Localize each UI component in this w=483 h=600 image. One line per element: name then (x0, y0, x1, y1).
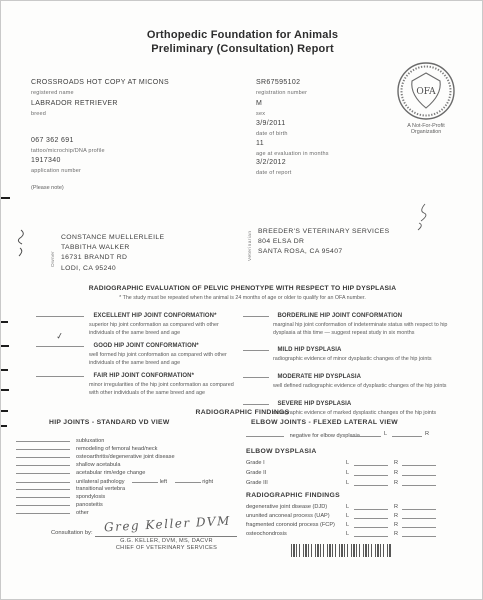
hip-item-label: remodeling of femoral head/neck (76, 446, 157, 452)
fill-in-line (354, 522, 388, 528)
signature-line (95, 527, 237, 537)
fill-in-line (16, 501, 70, 506)
hip-finding-row: subluxation (16, 437, 251, 444)
fill-in-line (354, 504, 388, 510)
handwritten-scribble (391, 201, 431, 233)
fill-in-line (402, 531, 436, 537)
scan-mark (1, 197, 10, 199)
hip-item-label: panosteitis (76, 502, 103, 508)
breed-value: LABRADOR RETRIEVER (31, 100, 118, 107)
scan-mark (1, 410, 8, 412)
sex-value: M (256, 100, 262, 107)
option-fair-title: FAIR HIP JOINT CONFORMATION* (93, 373, 194, 379)
field-breed: LABRADOR RETRIEVER breed (31, 92, 118, 117)
right-letter: R (394, 470, 398, 476)
hip-item-label: shallow acetabula (76, 462, 120, 468)
fill-in-line (392, 431, 422, 437)
evaluation-heading: RADIOGRAPHIC EVALUATION OF PELVIC PHENOT… (1, 285, 483, 292)
findings-heading: RADIOGRAPHIC FINDINGS (1, 409, 483, 416)
option-good: ✓ GOOD HIP JOINT CONFORMATION* well form… (36, 334, 241, 367)
hip-finding-row: spondylosis (16, 493, 251, 500)
fill-in-line (16, 493, 70, 498)
owner-line-4: LODI, CA 95240 (61, 264, 164, 274)
scanned-report-page: Orthopedic Foundation for Animals Prelim… (0, 0, 483, 600)
hip-finding-row: panosteitis (16, 501, 251, 508)
consultant-name: G.G. KELLER, DVM, MS, DACVR (89, 538, 244, 544)
fill-in-line (243, 311, 269, 317)
veterinarian-line-2: 804 ELSA DR (258, 237, 390, 247)
hip-finding-row: remodeling of femoral head/neck (16, 445, 251, 452)
fill-in-line (16, 461, 70, 466)
right-letter: R (394, 480, 398, 486)
left-letter: L (346, 470, 349, 476)
left-letter: L (346, 480, 349, 486)
right-letter: R (394, 531, 398, 537)
ofa-seal-icon: OFA (396, 61, 456, 121)
option-moderate-desc: well defined radiographic evidence of dy… (273, 383, 448, 391)
option-borderline: BORDERLINE HIP JOINT CONFORMATION margin… (243, 304, 468, 337)
fill-in-line (16, 469, 70, 474)
fill-in-line (243, 345, 269, 351)
fill-in-line (243, 372, 269, 378)
grade-label: Grade II (246, 470, 266, 476)
application-number-label: application number (31, 168, 81, 174)
fill-in-line (351, 431, 381, 437)
option-borderline-title: BORDERLINE HIP JOINT CONFORMATION (277, 313, 402, 319)
option-excellent-title: EXCELLENT HIP JOINT CONFORMATION* (93, 313, 216, 319)
fill-in-line (246, 431, 284, 437)
please-note-text: (Please note) (31, 185, 64, 191)
fill-in-line (36, 371, 84, 377)
option-fair: FAIR HIP JOINT CONFORMATION* minor irreg… (36, 364, 241, 397)
owner-vertical-label: Owner (51, 251, 56, 267)
consultation-block: Greg Keller DVM Consultation by: G.G. KE… (39, 521, 249, 553)
fill-in-line (16, 445, 70, 450)
seal-caption-line2: Organization (394, 129, 458, 135)
fill-in-line (16, 485, 70, 490)
registration-number-value: SR67595102 (256, 79, 300, 86)
option-good-title: GOOD HIP JOINT CONFORMATION* (93, 343, 198, 349)
option-severe-title: SEVERE HIP DYSPLASIA (277, 401, 351, 407)
fill-in-line (402, 460, 436, 466)
elbow-finding-row: ununited anconeal process (UAP) L R (246, 513, 476, 522)
option-mild-title: MILD HIP DYSPLASIA (277, 347, 341, 353)
right-letter: R (394, 504, 398, 510)
consultation-by-label: Consultation by: (51, 530, 93, 536)
elbow-item-label: fragmented coronoid process (FCP) (246, 522, 335, 528)
fill-in-line (354, 531, 388, 537)
left-letter: L (384, 431, 387, 437)
fill-in-line (16, 437, 70, 442)
fill-in-line (402, 470, 436, 476)
owner-line-3: 16731 BRANDT RD (61, 253, 164, 263)
breed-label: breed (31, 111, 118, 117)
grade-label: Grade I (246, 460, 265, 466)
scan-mark (1, 389, 9, 391)
left-letter: L (346, 531, 349, 537)
registered-name-value: CROSSROADS HOT COPY AT MICONS (31, 79, 169, 86)
option-moderate-title: MODERATE HIP DYSPLASIA (277, 374, 361, 380)
ofa-seal: OFA A Not-For-Profit Organization (394, 61, 458, 135)
tattoo-value: 067 362 691 (31, 137, 74, 144)
hip-finding-row: shallow acetabula (16, 461, 251, 468)
fill-in-line (175, 477, 201, 483)
fill-in-line (16, 509, 70, 514)
fill-in-line (402, 522, 436, 528)
left-letter: L (346, 504, 349, 510)
right-letter: R (394, 460, 398, 466)
left-letter: L (346, 522, 349, 528)
option-mild-desc: radiographic evidence of minor dysplasti… (273, 356, 448, 364)
fill-in-line (402, 480, 436, 486)
veterinarian-line-1: BREEDER'S VETERINARY SERVICES (258, 227, 390, 237)
elbow-item-label: ununited anconeal process (UAP) (246, 513, 330, 519)
report-title-line1: Orthopedic Foundation for Animals (1, 29, 483, 41)
hip-item-label: spondylosis (76, 494, 105, 500)
elbow-item-label: osteochondrosis (246, 531, 287, 537)
date-of-report-value: 3/2/2012 (256, 159, 286, 166)
date-of-birth-value: 3/9/2011 (256, 120, 286, 127)
hip-item-label: acetabular rim/edge change (76, 470, 145, 476)
fill-in-line (402, 513, 436, 519)
elbow-grade-row: Grade III L R (246, 480, 476, 489)
report-title-line2: Preliminary (Consultation) Report (1, 43, 483, 55)
hip-item-label: subluxation (76, 438, 104, 444)
fill-in-line (354, 480, 388, 486)
elbow-grade-row: Grade I L R (246, 460, 476, 469)
left-letter: L (346, 513, 349, 519)
date-of-report-label: date of report (256, 170, 292, 176)
evaluation-note: * The study must be repeated when the an… (1, 295, 483, 301)
svg-text:OFA: OFA (416, 87, 436, 97)
owner-line-1: CONSTANCE MUELLERLEILE (61, 233, 164, 243)
elbow-finding-row: degenerative joint disease (DJD) L R (246, 504, 476, 513)
hip-item-label: osteoarthritis/degenerative joint diseas… (76, 454, 175, 460)
grade-label: Grade III (246, 480, 268, 486)
elbow-negative-row: negative for elbow dysplasia L R (246, 431, 476, 440)
owner-line-2: TABBITHA WALKER (61, 243, 164, 253)
consultant-title: CHIEF OF VETERINARY SERVICES (89, 545, 244, 551)
right-letter: R (394, 513, 398, 519)
elbow-grade-row: Grade II L R (246, 470, 476, 479)
elbow-item-label: degenerative joint disease (DJD) (246, 504, 327, 510)
hip-finding-row-unilateral: unilateral pathology left right (16, 477, 251, 485)
fill-in-line (354, 470, 388, 476)
elbow-joints-heading: ELBOW JOINTS - FLEXED LATERAL VIEW (251, 419, 398, 426)
right-letter: R (394, 522, 398, 528)
field-date-of-report: 3/2/2012 date of report (256, 151, 292, 176)
fill-in-line (36, 311, 84, 317)
veterinarian-vertical-label: Veterinarian (248, 231, 253, 261)
option-excellent: EXCELLENT HIP JOINT CONFORMATION* superi… (36, 304, 241, 337)
option-borderline-desc: marginal hip joint conformation of indet… (273, 322, 448, 337)
fill-in-line (354, 460, 388, 466)
fill-in-line (243, 399, 269, 405)
elbow-dysplasia-heading: ELBOW DYSPLASIA (246, 448, 317, 455)
fill-in-line (16, 453, 70, 458)
age-at-evaluation-value: 11 (256, 140, 264, 147)
scan-mark (1, 345, 9, 347)
barcode (291, 544, 391, 557)
hip-joints-heading: HIP JOINTS - STANDARD VD VIEW (49, 419, 170, 426)
veterinarian-line-3: SANTA ROSA, CA 95407 (258, 247, 390, 257)
handwritten-margin-mark (14, 228, 28, 258)
left-letter: L (346, 460, 349, 466)
scan-mark (1, 369, 8, 371)
elbow-negative-label: negative for elbow dysplasia (290, 433, 360, 439)
hip-finding-row: acetabular rim/edge change (16, 469, 251, 476)
field-application-number: 1917340 application number (31, 149, 81, 174)
fill-in-line (402, 504, 436, 510)
fill-in-line (16, 478, 70, 483)
elbow-findings-heading: RADIOGRAPHIC FINDINGS (246, 492, 340, 499)
right-letter: R (425, 431, 429, 437)
elbow-finding-row: fragmented coronoid process (FCP) L R (246, 522, 476, 531)
option-mild: MILD HIP DYSPLASIA radiographic evidence… (243, 338, 468, 364)
hip-item-label: transitional vertebra (76, 486, 125, 492)
application-number-value: 1917340 (31, 157, 61, 164)
hip-finding-row: osteoarthritis/degenerative joint diseas… (16, 453, 251, 460)
scan-mark (1, 425, 7, 427)
fill-in-line (354, 513, 388, 519)
scan-mark (1, 321, 8, 323)
veterinarian-address-block: BREEDER'S VETERINARY SERVICES 804 ELSA D… (258, 227, 390, 258)
option-moderate: MODERATE HIP DYSPLASIA well defined radi… (243, 365, 468, 391)
owner-address-block: CONSTANCE MUELLERLEILE TABBITHA WALKER 1… (61, 233, 164, 274)
hip-item-label: other (76, 510, 89, 516)
option-fair-desc: minor irregularities of the hip joint co… (89, 382, 239, 397)
fill-in-line (132, 477, 158, 483)
hip-finding-row: transitional vertebra (16, 485, 251, 492)
elbow-finding-row: osteochondrosis L R (246, 531, 476, 540)
